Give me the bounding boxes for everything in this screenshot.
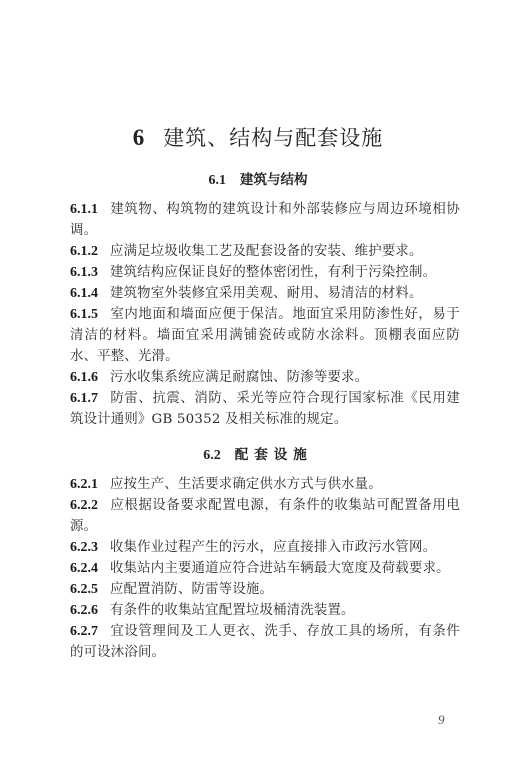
- clause-text: 应根据设备要求配置电源，有条件的收集站可配置备用电源。: [70, 498, 460, 534]
- clause-text: 宜设管理间及工人更衣、洗手、存放工具的场所，有条件的可设沐浴间。: [70, 624, 460, 660]
- section-title-6-2: 6.2配套设施: [0, 443, 516, 464]
- clause-text: 应按生产、生活要求确定供水方式与供水量。: [110, 477, 382, 492]
- clause-text: 收集站内主要通道应符合进站车辆最大宽度及荷载要求。: [110, 561, 450, 576]
- clause-number: 6.1.7: [70, 391, 98, 406]
- clause-6-1-5: 6.1.5室内地面和墙面应便于保洁。地面宜采用防渗性好，易于清洁的材料。墙面宜采…: [70, 304, 460, 367]
- section-title-6-1: 6.1建筑与结构: [0, 168, 516, 189]
- clause-number: 6.2.4: [70, 561, 98, 576]
- clause-text: 应满足垃圾收集工艺及配套设备的安装、维护要求。: [110, 244, 423, 259]
- clause-number: 6.2.3: [70, 540, 98, 555]
- clause-number: 6.2.1: [70, 477, 98, 492]
- clause-number: 6.2.5: [70, 582, 98, 597]
- clause-text: 有条件的收集站宜配置垃圾桶清洗装置。: [110, 603, 355, 618]
- clause-6-2-4: 6.2.4收集站内主要通道应符合进站车辆最大宽度及荷载要求。: [70, 558, 460, 579]
- clause-number: 6.1.1: [70, 202, 98, 217]
- section-title-text: 配套设施: [235, 447, 313, 463]
- clause-text: 应配置消防、防雷等设施。: [110, 582, 273, 597]
- clause-text: 建筑物、构筑物的建筑设计和外部装修应与周边环境相协调。: [70, 202, 460, 238]
- clause-6-2-2: 6.2.2应根据设备要求配置电源，有条件的收集站可配置备用电源。: [70, 495, 460, 537]
- clause-6-2-1: 6.2.1应按生产、生活要求确定供水方式与供水量。: [70, 474, 460, 495]
- chapter-number: 6: [133, 125, 146, 150]
- chapter-title: 6建筑、结构与配套设施: [0, 122, 516, 152]
- clause-6-2-7: 6.2.7宜设管理间及工人更衣、洗手、存放工具的场所，有条件的可设沐浴间。: [70, 621, 460, 663]
- clause-number: 6.1.4: [70, 286, 98, 301]
- clause-6-1-7: 6.1.7防雷、抗震、消防、采光等应符合现行国家标准《民用建筑设计通则》GB 5…: [70, 388, 460, 430]
- clause-number: 6.1.5: [70, 307, 98, 322]
- section-title-text: 建筑与结构: [240, 172, 308, 188]
- clause-number: 6.1.3: [70, 265, 98, 280]
- clause-text: 建筑结构应保证良好的整体密闭性，有利于污染控制。: [110, 265, 436, 280]
- clause-6-1-1: 6.1.1建筑物、构筑物的建筑设计和外部装修应与周边环境相协调。: [70, 199, 460, 241]
- clause-6-2-3: 6.2.3收集作业过程产生的污水，应直接排入市政污水管网。: [70, 537, 460, 558]
- section-6-1-clauses: 6.1.1建筑物、构筑物的建筑设计和外部装修应与周边环境相协调。 6.1.2应满…: [70, 199, 460, 430]
- clause-6-1-3: 6.1.3建筑结构应保证良好的整体密闭性，有利于污染控制。: [70, 262, 460, 283]
- clause-6-2-6: 6.2.6有条件的收集站宜配置垃圾桶清洗装置。: [70, 600, 460, 621]
- clause-text: 污水收集系统应满足耐腐蚀、防渗等要求。: [110, 370, 368, 385]
- section-number: 6.2: [203, 448, 221, 463]
- clause-number: 6.2.7: [70, 624, 98, 639]
- section-number: 6.1: [209, 173, 227, 188]
- clause-text: 建筑物室外装修宜采用美观、耐用、易清洁的材料。: [110, 286, 423, 301]
- clause-6-2-5: 6.2.5应配置消防、防雷等设施。: [70, 579, 460, 600]
- clause-text: 收集作业过程产生的污水，应直接排入市政污水管网。: [110, 540, 436, 555]
- clause-text: 室内地面和墙面应便于保洁。地面宜采用防渗性好，易于清洁的材料。墙面宜采用满铺瓷砖…: [70, 307, 460, 364]
- clause-6-1-2: 6.1.2应满足垃圾收集工艺及配套设备的安装、维护要求。: [70, 241, 460, 262]
- clause-number: 6.1.2: [70, 244, 98, 259]
- page-number: 9: [438, 712, 445, 728]
- clause-6-1-4: 6.1.4建筑物室外装修宜采用美观、耐用、易清洁的材料。: [70, 283, 460, 304]
- clause-number: 6.2.2: [70, 498, 98, 513]
- clause-text: 防雷、抗震、消防、采光等应符合现行国家标准《民用建筑设计通则》GB 50352 …: [70, 391, 460, 427]
- clause-6-1-6: 6.1.6污水收集系统应满足耐腐蚀、防渗等要求。: [70, 367, 460, 388]
- section-6-2-clauses: 6.2.1应按生产、生活要求确定供水方式与供水量。 6.2.2应根据设备要求配置…: [70, 474, 460, 663]
- clause-number: 6.2.6: [70, 603, 98, 618]
- clause-number: 6.1.6: [70, 370, 98, 385]
- chapter-title-text: 建筑、结构与配套设施: [163, 126, 383, 150]
